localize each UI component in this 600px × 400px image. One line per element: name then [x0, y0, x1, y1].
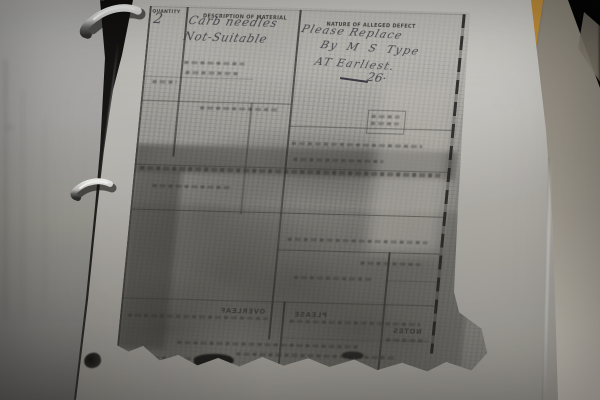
faint-print-streak — [22, 90, 24, 320]
photo-scene: QUANTITY DESCRIPTION OF MATERIAL NATURE … — [0, 0, 600, 400]
faint-print-streak — [44, 120, 46, 320]
mirrored-overleaf-label: OVERLEAF — [220, 307, 266, 316]
handwritten-description-line2: Not-Suitable — [182, 29, 269, 46]
faint-print-streak — [4, 60, 7, 320]
mirrored-please-label: PLEASE — [294, 311, 328, 319]
faint-print-mark — [6, 126, 13, 129]
mirrored-notes-label: NOTES — [392, 328, 423, 336]
binder-ring-bottom — [70, 176, 118, 206]
binder-ring-top — [72, 2, 146, 44]
handwritten-defect-signature: 26· — [366, 70, 388, 86]
